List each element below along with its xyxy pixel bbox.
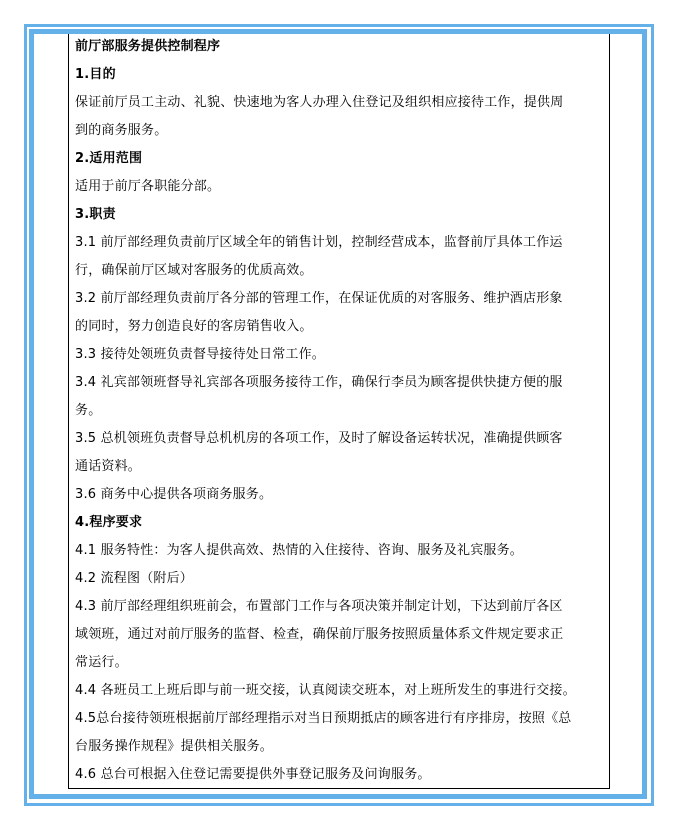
paragraph-line: 常运行。 — [75, 649, 610, 677]
document-body: 前厅部服务提供控制程序 1.目的 保证前厅员工主动、礼貌、快速地为客人办理入住登… — [75, 33, 610, 789]
paragraph-line: 3.6 商务中心提供各项商务服务。 — [75, 481, 610, 509]
paragraph-line: 4.6 总台可根据入住登记需要提供外事登记服务及问询服务。 — [75, 761, 610, 789]
paragraph-line: 的同时，努力创造良好的客房销售收入。 — [75, 313, 610, 341]
paragraph-line: 保证前厅员工主动、礼貌、快速地为客人办理入住登记及组织相应接待工作，提供周 — [75, 89, 610, 117]
paragraph-line: 3.1 前厅部经理负责前厅区域全年的销售计划，控制经营成本，监督前厅具体工作运 — [75, 229, 610, 257]
paragraph-line: 3.3 接待处领班负责督导接待处日常工作。 — [75, 341, 610, 369]
paragraph-line: 3.5 总机领班负责督导总机机房的各项工作，及时了解设备运转状况，准确提供顾客 — [75, 425, 610, 453]
paragraph-line: 3.4 礼宾部领班督导礼宾部各项服务接待工作，确保行李员为顾客提供快捷方便的服 — [75, 369, 610, 397]
paragraph-line: 4.1 服务特性：为客人提供高效、热情的入住接待、咨询、服务及礼宾服务。 — [75, 537, 610, 565]
section-heading-procedure: 4.程序要求 — [75, 509, 610, 537]
paragraph-line: 4.3 前厅部经理组织班前会，布置部门工作与各项决策并制定计划，下达到前厅各区 — [75, 593, 610, 621]
paragraph-line: 4.5总台接待领班根据前厅部经理指示对当日预期抵店的顾客进行有序排房，按照《总 — [75, 705, 610, 733]
paragraph-line: 3.2 前厅部经理负责前厅各分部的管理工作，在保证优质的对客服务、维护酒店形象 — [75, 285, 610, 313]
document-title: 前厅部服务提供控制程序 — [75, 33, 610, 61]
paragraph-line: 到的商务服务。 — [75, 117, 610, 145]
section-heading-purpose: 1.目的 — [75, 61, 610, 89]
paragraph-line: 4.4 各班员工上班后即与前一班交接，认真阅读交班本，对上班所发生的事进行交接。 — [75, 677, 610, 705]
paragraph-line: 行，确保前厅区域对客服务的优质高效。 — [75, 257, 610, 285]
paragraph-line: 4.2 流程图（附后） — [75, 565, 610, 593]
paragraph-line: 通话资料。 — [75, 453, 610, 481]
paragraph-line: 适用于前厅各职能分部。 — [75, 173, 610, 201]
paragraph-line: 务。 — [75, 397, 610, 425]
paragraph-line: 域领班，通过对前厅服务的监督、检查，确保前厅服务按照质量体系文件规定要求正 — [75, 621, 610, 649]
section-heading-responsibilities: 3.职责 — [75, 201, 610, 229]
section-heading-scope: 2.适用范围 — [75, 145, 610, 173]
paragraph-line: 台服务操作规程》提供相关服务。 — [75, 733, 610, 761]
